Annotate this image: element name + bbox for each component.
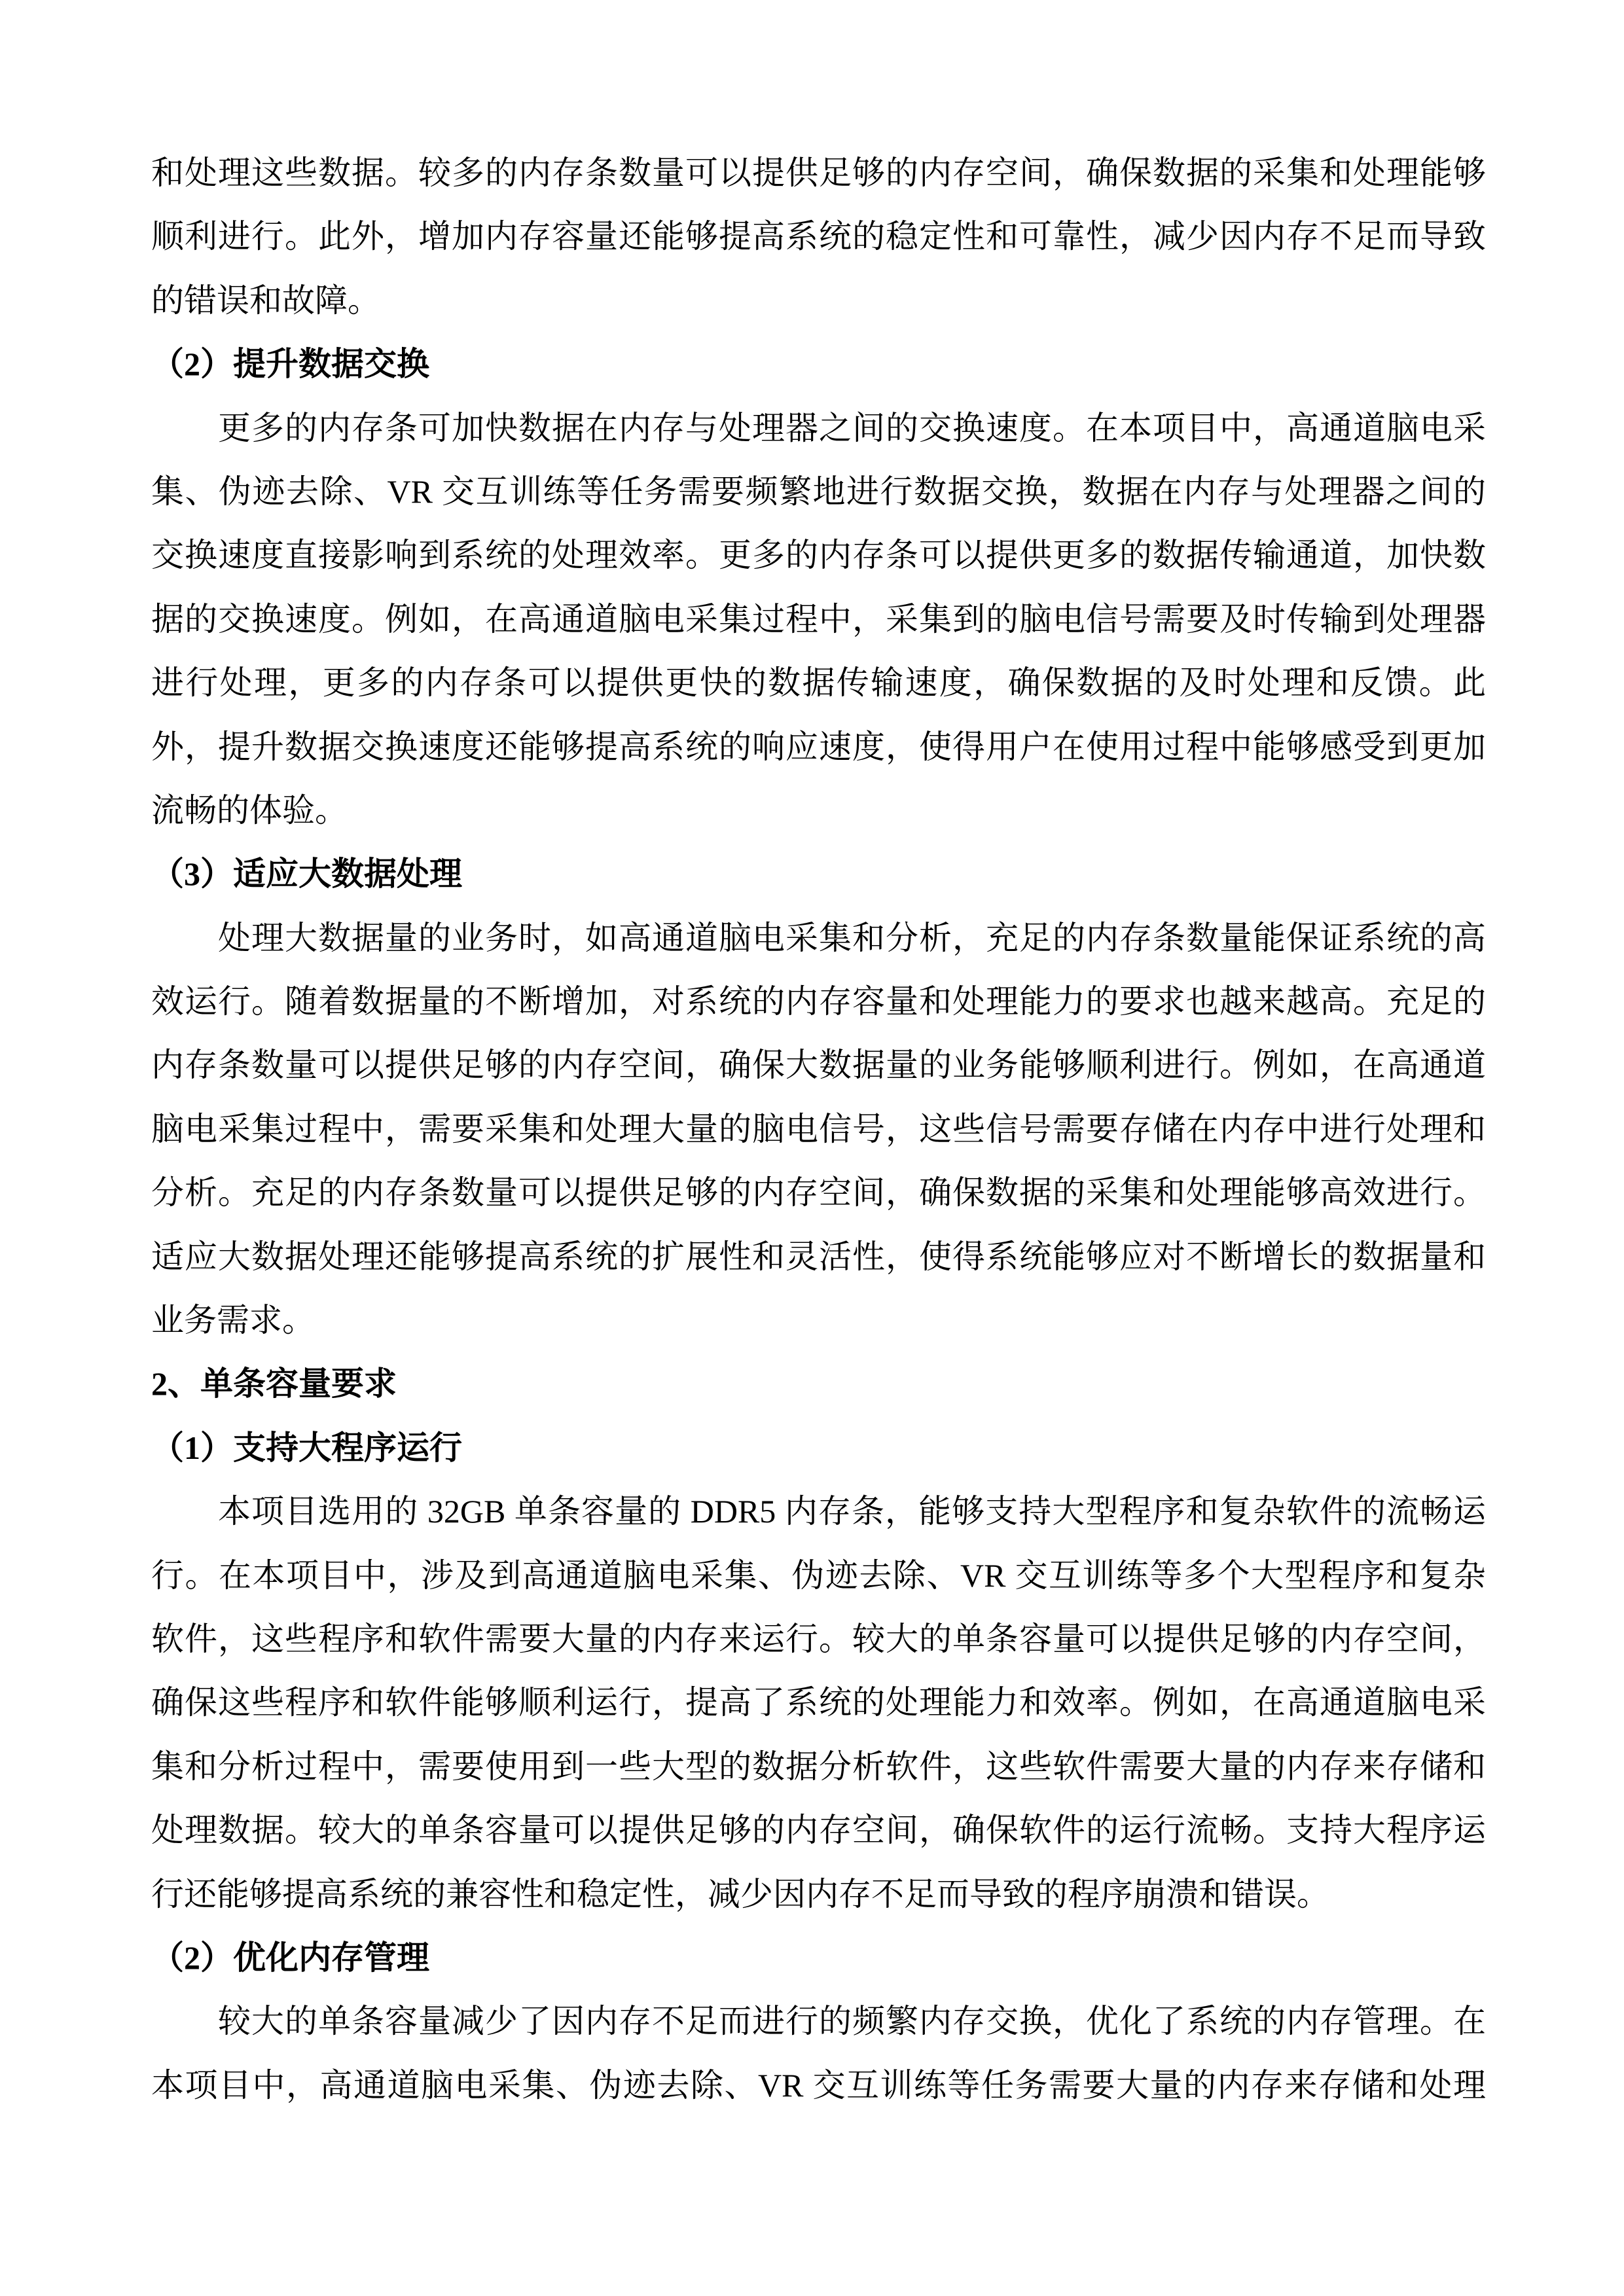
section-heading: （2）优化内存管理: [151, 1926, 1486, 1990]
body-line: 据的交换速度。例如，在高通道脑电采集过程中，采集到的脑电信号需要及时传输到处理器: [151, 588, 1486, 651]
body-line: 处理大数据量的业务时，如高通道脑电采集和分析，充足的内存条数量能保证系统的高: [151, 906, 1486, 970]
paragraph: 处理大数据量的业务时，如高通道脑电采集和分析，充足的内存条数量能保证系统的高效运…: [151, 906, 1486, 1353]
body-line: 进行处理，更多的内存条可以提供更快的数据传输速度，确保数据的及时处理和反馈。此: [151, 651, 1486, 715]
heading-line: （2）提升数据交换: [151, 332, 1486, 396]
body-line: 顺利进行。此外，增加内存容量还能够提高系统的稳定性和可靠性，减少因内存不足而导致: [151, 205, 1486, 268]
body-line: 更多的内存条可加快数据在内存与处理器之间的交换速度。在本项目中，高通道脑电采: [151, 397, 1486, 460]
body-line: 适应大数据处理还能够提高系统的扩展性和灵活性，使得系统能够应对不断增长的数据量和: [151, 1225, 1486, 1289]
body-line: 外，提升数据交换速度还能够提高系统的响应速度，使得用户在使用过程中能够感受到更加: [151, 715, 1486, 779]
body-line: 脑电采集过程中，需要采集和处理大量的脑电信号，这些信号需要存储在内存中进行处理和: [151, 1098, 1486, 1161]
body-line: 集和分析过程中，需要使用到一些大型的数据分析软件，这些软件需要大量的内存来存储和: [151, 1735, 1486, 1799]
body-line: 处理数据。较大的单条容量可以提供足够的内存空间，确保软件的运行流畅。支持大程序运: [151, 1799, 1486, 1862]
body-line: 分析。充足的内存条数量可以提供足够的内存空间，确保数据的采集和处理能够高效进行。: [151, 1161, 1486, 1225]
section-heading: （2）提升数据交换: [151, 332, 1486, 396]
body-line: 确保这些程序和软件能够顺利运行，提高了系统的处理能力和效率。例如，在高通道脑电采: [151, 1671, 1486, 1734]
paragraph: 本项目选用的 32GB 单条容量的 DDR5 内存条，能够支持大型程序和复杂软件…: [151, 1480, 1486, 1926]
body-line: 交换速度直接影响到系统的处理效率。更多的内存条可以提供更多的数据传输通道，加快数: [151, 524, 1486, 587]
body-line: 较大的单条容量减少了因内存不足而进行的频繁内存交换，优化了系统的内存管理。在: [151, 1990, 1486, 2053]
body-line: 业务需求。: [151, 1289, 1486, 1352]
body-line: 软件，这些程序和软件需要大量的内存来运行。较大的单条容量可以提供足够的内存空间，: [151, 1607, 1486, 1671]
body-line: 行还能够提高系统的兼容性和稳定性，减少因内存不足而导致的程序崩溃和错误。: [151, 1863, 1486, 1926]
body-line: 的错误和故障。: [151, 269, 1486, 332]
document-page: 和处理这些数据。较多的内存条数量可以提供足够的内存空间，确保数据的采集和处理能够…: [0, 0, 1624, 2296]
body-line: 本项目中，高通道脑电采集、伪迹去除、VR 交互训练等任务需要大量的内存来存储和处…: [151, 2054, 1486, 2117]
body-line: 内存条数量可以提供足够的内存空间，确保大数据量的业务能够顺利进行。例如，在高通道: [151, 1033, 1486, 1097]
body-line: 行。在本项目中，涉及到高通道脑电采集、伪迹去除、VR 交互训练等多个大型程序和复…: [151, 1544, 1486, 1607]
body-line: 和处理这些数据。较多的内存条数量可以提供足够的内存空间，确保数据的采集和处理能够: [151, 141, 1486, 205]
paragraph: 较大的单条容量减少了因内存不足而进行的频繁内存交换，优化了系统的内存管理。在本项…: [151, 1990, 1486, 2117]
document-body: 和处理这些数据。较多的内存条数量可以提供足够的内存空间，确保数据的采集和处理能够…: [151, 141, 1486, 2117]
body-line: 效运行。随着数据量的不断增加，对系统的内存容量和处理能力的要求也越来越高。充足的: [151, 970, 1486, 1033]
section-heading: 2、单条容量要求: [151, 1352, 1486, 1416]
body-line: 集、伪迹去除、VR 交互训练等任务需要频繁地进行数据交换，数据在内存与处理器之间…: [151, 460, 1486, 524]
section-heading: （1）支持大程序运行: [151, 1416, 1486, 1480]
section-heading: （3）适应大数据处理: [151, 842, 1486, 906]
body-line: 流畅的体验。: [151, 779, 1486, 842]
heading-line: （2）优化内存管理: [151, 1926, 1486, 1990]
heading-line: 2、单条容量要求: [151, 1352, 1486, 1416]
heading-line: （1）支持大程序运行: [151, 1416, 1486, 1480]
paragraph: 和处理这些数据。较多的内存条数量可以提供足够的内存空间，确保数据的采集和处理能够…: [151, 141, 1486, 332]
heading-line: （3）适应大数据处理: [151, 842, 1486, 906]
body-line: 本项目选用的 32GB 单条容量的 DDR5 内存条，能够支持大型程序和复杂软件…: [151, 1480, 1486, 1543]
paragraph: 更多的内存条可加快数据在内存与处理器之间的交换速度。在本项目中，高通道脑电采集、…: [151, 397, 1486, 843]
